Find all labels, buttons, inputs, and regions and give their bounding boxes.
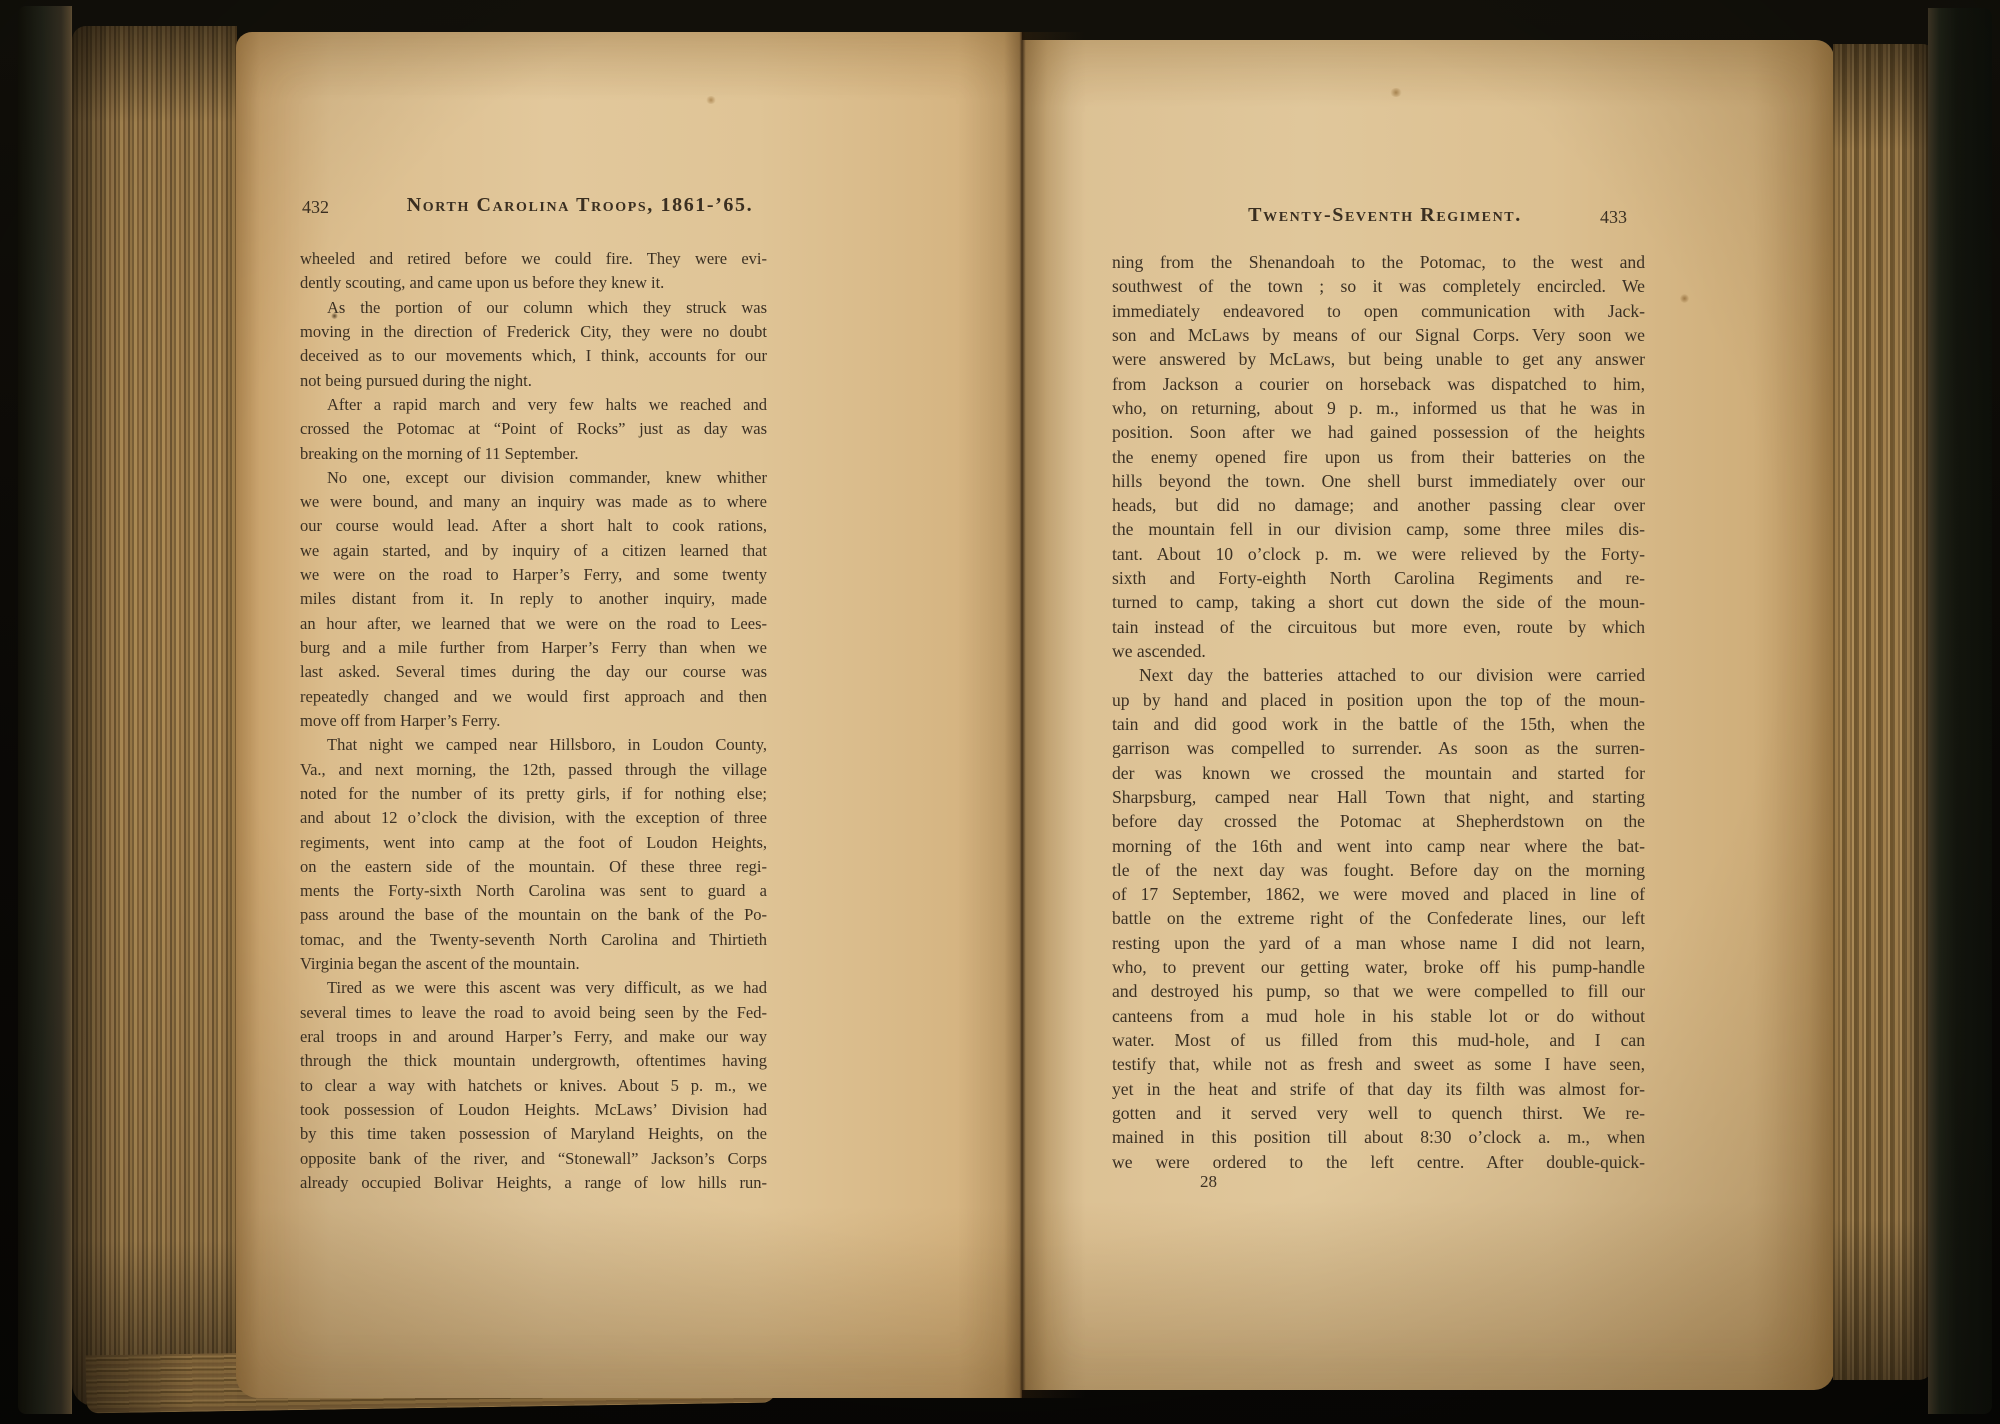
text-line: Va., and next morning, the 12th, passed … <box>300 758 767 782</box>
text-line: yet in the heat and strife of that day i… <box>1112 1077 1645 1101</box>
text-line: turned to camp, taking a short cut down … <box>1112 590 1645 614</box>
text-line: hills beyond the town. One shell burst i… <box>1112 469 1645 493</box>
text-line: of 17 September, 1862, we were moved and… <box>1112 882 1645 906</box>
text-line: Tired as we were this ascent was very di… <box>300 976 767 1000</box>
text-line: the enemy opened fire upon us from their… <box>1112 445 1645 469</box>
text-line: testify that, while not as fresh and swe… <box>1112 1052 1645 1076</box>
text-line: miles distant from it. In reply to anoth… <box>300 587 767 611</box>
text-line: southwest of the town ; so it was comple… <box>1112 274 1645 298</box>
text-line: tant. About 10 o’clock p. m. we were rel… <box>1112 542 1645 566</box>
text-line: Sharpsburg, camped near Hall Town that n… <box>1112 785 1645 809</box>
text-line: heads, but did no damage; and another pa… <box>1112 493 1645 517</box>
text-line: we again started, and by inquiry of a ci… <box>300 539 767 563</box>
text-line: dently scouting, and came upon us before… <box>300 271 767 295</box>
right-running-title: Twenty-Seventh Regiment. <box>1205 204 1565 227</box>
text-line: we ascended. <box>1112 639 1645 663</box>
page-stack-right-edge <box>1833 44 1933 1380</box>
text-line: battle on the extreme right of the Confe… <box>1112 906 1645 930</box>
text-line: pass around the base of the mountain on … <box>300 903 767 927</box>
text-line: immediately endeavored to open communica… <box>1112 299 1645 323</box>
text-line: mained in this position till about 8:30 … <box>1112 1125 1645 1149</box>
text-line: No one, except our division commander, k… <box>300 466 767 490</box>
text-line: by this time taken possession of Marylan… <box>300 1122 767 1146</box>
text-line: tain instead of the circuitous but more … <box>1112 615 1645 639</box>
left-page-text: wheeled and retired before we could fire… <box>300 247 767 1195</box>
text-line: gotten and it served very well to quench… <box>1112 1101 1645 1125</box>
text-line: opposite bank of the river, and “Stonewa… <box>300 1147 767 1171</box>
text-line: crossed the Potomac at “Point of Rocks” … <box>300 417 767 441</box>
text-line: and destroyed his pump, so that we were … <box>1112 979 1645 1003</box>
text-line: Virginia began the ascent of the mountai… <box>300 952 767 976</box>
text-line: we were on the road to Harper’s Ferry, a… <box>300 563 767 587</box>
text-line: who, to prevent our getting water, broke… <box>1112 955 1645 979</box>
text-line: tomac, and the Twenty-seventh North Caro… <box>300 928 767 952</box>
text-line: garrison was compelled to surrender. As … <box>1112 736 1645 760</box>
left-page-number: 432 <box>302 197 329 218</box>
left-running-title: North Carolina Troops, 1861-’65. <box>380 194 780 217</box>
text-line: water. Most of us filled from this mud-h… <box>1112 1028 1645 1052</box>
text-line: repeatedly changed and we would first ap… <box>300 685 767 709</box>
text-line: tle of the next day was fought. Before d… <box>1112 858 1645 882</box>
text-line: we were ordered to the left centre. Afte… <box>1112 1150 1645 1174</box>
text-line: last asked. Several times during the day… <box>300 660 767 684</box>
right-page-number: 433 <box>1600 207 1627 228</box>
text-line: an hour after, we learned that we were o… <box>300 612 767 636</box>
signature-mark: 28 <box>1200 1172 1217 1192</box>
text-line: ments the Forty-sixth North Carolina was… <box>300 879 767 903</box>
text-line: son and McLaws by means of our Signal Co… <box>1112 323 1645 347</box>
text-line: before day crossed the Potomac at Shephe… <box>1112 809 1645 833</box>
text-line: the mountain fell in our division camp, … <box>1112 517 1645 541</box>
text-line: noted for the number of its pretty girls… <box>300 782 767 806</box>
book-cover-right-edge <box>1928 8 1992 1414</box>
text-line: wheeled and retired before we could fire… <box>300 247 767 271</box>
right-page-text: ning from the Shenandoah to the Potomac,… <box>1112 250 1645 1174</box>
text-line: morning of the 16th and went into camp n… <box>1112 834 1645 858</box>
text-line: moving in the direction of Frederick Cit… <box>300 320 767 344</box>
text-line: tain and did good work in the battle of … <box>1112 712 1645 736</box>
text-line: der was known we crossed the mountain an… <box>1112 761 1645 785</box>
text-line: our course would lead. After a short hal… <box>300 514 767 538</box>
text-line: regiments, went into camp at the foot of… <box>300 831 767 855</box>
text-line: on the eastern side of the mountain. Of … <box>300 855 767 879</box>
text-line: resting upon the yard of a man whose nam… <box>1112 931 1645 955</box>
text-line: through the thick mountain undergrowth, … <box>300 1049 767 1073</box>
text-line: canteens from a mud hole in his stable l… <box>1112 1004 1645 1028</box>
text-line: That night we camped near Hillsboro, in … <box>300 733 767 757</box>
text-line: took possession of Loudon Heights. McLaw… <box>300 1098 767 1122</box>
text-line: ning from the Shenandoah to the Potomac,… <box>1112 250 1645 274</box>
text-line: who, on returning, about 9 p. m., inform… <box>1112 396 1645 420</box>
text-line: and about 12 o’clock the division, with … <box>300 806 767 830</box>
text-line: from Jackson a courier on horseback was … <box>1112 372 1645 396</box>
page-stack-left-edge <box>72 26 237 1406</box>
text-line: burg and a mile further from Harper’s Fe… <box>300 636 767 660</box>
text-line: breaking on the morning of 11 September. <box>300 442 767 466</box>
text-line: position. Soon after we had gained posse… <box>1112 420 1645 444</box>
text-line: up by hand and placed in position upon t… <box>1112 688 1645 712</box>
text-line: eral troops in and around Harper’s Ferry… <box>300 1025 767 1049</box>
text-line: not being pursued during the night. <box>300 369 767 393</box>
text-line: already occupied Bolivar Heights, a rang… <box>300 1171 767 1195</box>
text-line: move off from Harper’s Ferry. <box>300 709 767 733</box>
text-line: to clear a way with hatchets or knives. … <box>300 1074 767 1098</box>
text-line: After a rapid march and very few halts w… <box>300 393 767 417</box>
text-line: were answered by McLaws, but being unabl… <box>1112 347 1645 371</box>
text-line: we were bound, and many an inquiry was m… <box>300 490 767 514</box>
text-line: sixth and Forty-eighth North Carolina Re… <box>1112 566 1645 590</box>
book-cover-left-edge <box>18 6 72 1414</box>
text-line: deceived as to our movements which, I th… <box>300 344 767 368</box>
text-line: As the portion of our column which they … <box>300 296 767 320</box>
open-book-photo: 432 North Carolina Troops, 1861-’65. Twe… <box>0 0 2000 1424</box>
text-line: Next day the batteries attached to our d… <box>1112 663 1645 687</box>
text-line: several times to leave the road to avoid… <box>300 1001 767 1025</box>
